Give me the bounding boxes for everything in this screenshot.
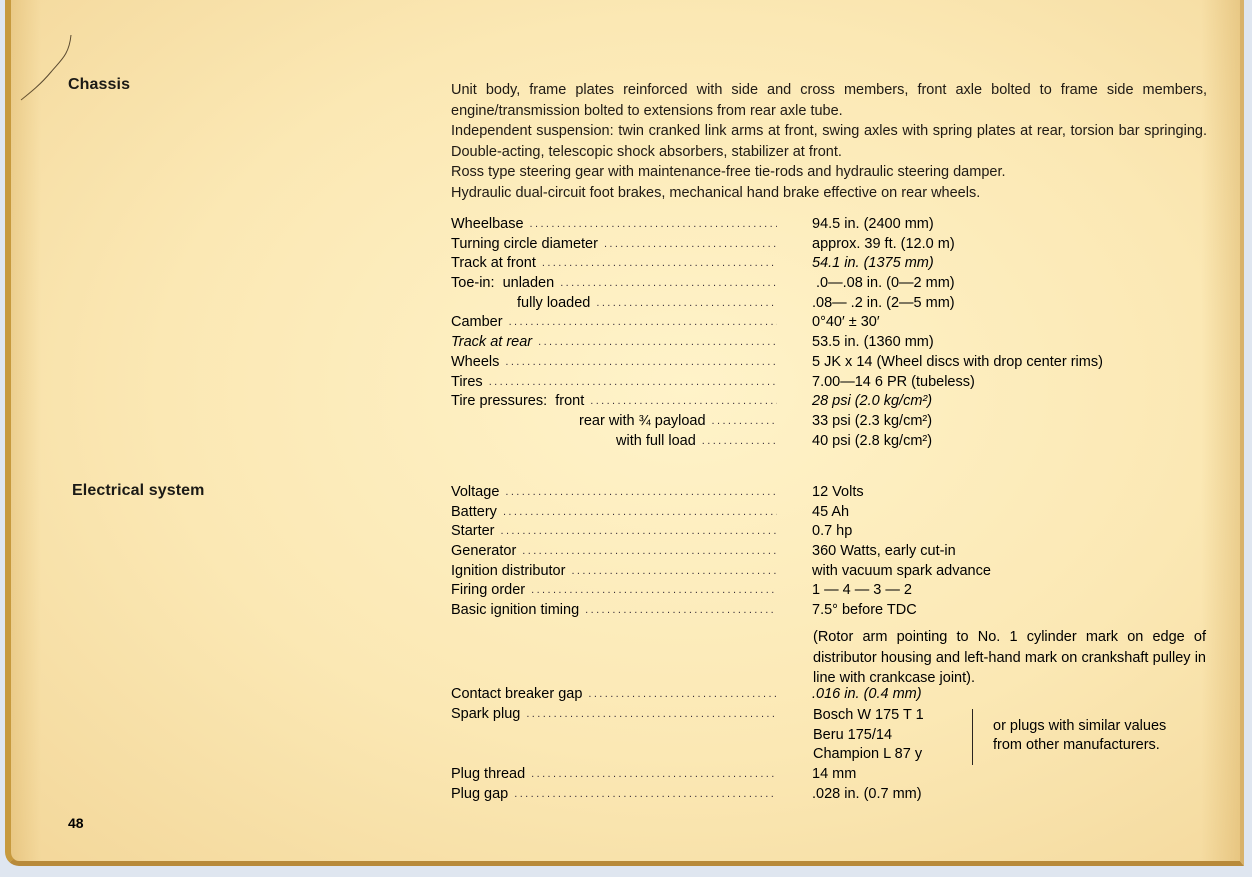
- dot-leader: [585, 601, 777, 621]
- dot-leader: [489, 373, 777, 393]
- spec-value: 7.5° before TDC: [812, 601, 917, 621]
- spec-row: fully loaded.08— .2 in. (2—5 mm): [451, 294, 1221, 314]
- spec-row: Tires7.00—14 6 PR (tubeless): [451, 373, 1221, 393]
- chassis-spec-table: Wheelbase94.5 in. (2400 mm) Turning circ…: [451, 215, 1221, 451]
- dot-leader: [509, 313, 777, 333]
- page-crease-mark: [11, 0, 81, 140]
- chassis-description: Unit body, frame plates reinforced with …: [451, 80, 1207, 203]
- spec-value: 0°40′ ± 30′: [812, 313, 880, 333]
- spec-label: Tires: [451, 373, 489, 393]
- electrical-spec-table: Voltage12 Volts Battery45 Ah Starter0.7 …: [451, 483, 1221, 621]
- spec-row: Ignition distributorwith vacuum spark ad…: [451, 562, 1221, 582]
- chassis-steering-text: Ross type steering gear with maintenance…: [451, 162, 1207, 183]
- dot-leader: [522, 542, 777, 562]
- spec-label: Camber: [451, 313, 509, 333]
- spec-value: 7.00—14 6 PR (tubeless): [812, 373, 975, 393]
- spec-row: Track at rear53.5 in. (1360 mm): [451, 333, 1221, 353]
- dot-leader: [501, 522, 777, 542]
- spec-row: Contact breaker gap.016 in. (0.4 mm): [451, 685, 1221, 705]
- spark-plug-item: Champion L 87 y: [813, 745, 924, 765]
- bracket-divider: [972, 709, 973, 765]
- dot-leader: [590, 392, 777, 412]
- dot-leader: [712, 412, 777, 432]
- dot-leader: [538, 333, 777, 353]
- spec-value: with vacuum spark advance: [812, 562, 991, 582]
- dot-leader: [531, 765, 777, 785]
- spec-value: 53.5 in. (1360 mm): [812, 333, 934, 353]
- chassis-brakes-text: Hydraulic dual-circuit foot brakes, mech…: [451, 183, 1207, 204]
- spec-value: .0—.08 in. (0—2 mm): [812, 274, 955, 294]
- spec-value: 12 Volts: [812, 483, 864, 503]
- spec-row: rear with ¾ payload33 psi (2.3 kg/cm²): [451, 412, 1221, 432]
- spec-label: Track at front: [451, 254, 542, 274]
- spec-row: Camber0°40′ ± 30′: [451, 313, 1221, 333]
- spec-row: Plug thread14 mm: [451, 765, 1221, 785]
- spec-label: Toe-in: unladen: [451, 274, 560, 294]
- spec-label: Spark plug: [451, 705, 526, 725]
- section-heading-chassis: Chassis: [68, 76, 130, 94]
- spec-row: Turning circle diameterapprox. 39 ft. (1…: [451, 235, 1221, 255]
- electrical-spec-table-3: Plug thread14 mm Plug gap.028 in. (0.7 m…: [451, 765, 1221, 804]
- ignition-timing-note: (Rotor arm pointing to No. 1 cylinder ma…: [813, 627, 1206, 689]
- chassis-suspension-text: Independent suspension: twin cranked lin…: [451, 121, 1207, 162]
- spec-label: Tire pressures: front: [451, 392, 590, 412]
- spec-row: Basic ignition timing7.5° before TDC: [451, 601, 1221, 621]
- spark-plug-item: Beru 175/14: [813, 726, 924, 746]
- spec-row: Generator360 Watts, early cut-in: [451, 542, 1221, 562]
- spec-label: Plug thread: [451, 765, 531, 785]
- spec-row: Voltage12 Volts: [451, 483, 1221, 503]
- dot-leader: [530, 215, 777, 235]
- dot-leader: [604, 235, 777, 255]
- spec-value: 33 psi (2.3 kg/cm²): [812, 412, 932, 432]
- spec-label: Firing order: [451, 581, 531, 601]
- spec-value: 40 psi (2.8 kg/cm²): [812, 432, 932, 452]
- spec-label: Starter: [451, 522, 501, 542]
- dot-leader: [588, 685, 777, 705]
- spec-label: Wheels: [451, 353, 505, 373]
- dot-leader: [531, 581, 777, 601]
- spark-plug-note-line: from other manufacturers.: [993, 736, 1166, 755]
- spec-row: Track at front54.1 in. (1375 mm): [451, 254, 1221, 274]
- dot-leader: [503, 503, 777, 523]
- spark-plug-list: Bosch W 175 T 1 Beru 175/14 Champion L 8…: [813, 706, 924, 765]
- spec-value: 28 psi (2.0 kg/cm²): [812, 392, 932, 412]
- spec-value: 1 — 4 — 3 — 2: [812, 581, 912, 601]
- dot-leader: [560, 274, 777, 294]
- spec-label: with full load: [451, 432, 702, 452]
- spec-value: 45 Ah: [812, 503, 849, 523]
- spec-label: Wheelbase: [451, 215, 530, 235]
- dot-leader: [542, 254, 777, 274]
- spec-label: Generator: [451, 542, 522, 562]
- spec-label: Plug gap: [451, 785, 514, 805]
- spec-row: Wheelbase94.5 in. (2400 mm): [451, 215, 1221, 235]
- spark-plug-note-line: or plugs with similar values: [993, 717, 1166, 736]
- spec-label: rear with ¾ payload: [451, 412, 712, 432]
- spec-value: 54.1 in. (1375 mm): [812, 254, 934, 274]
- spec-label: Contact breaker gap: [451, 685, 588, 705]
- spark-plug-item: Bosch W 175 T 1: [813, 706, 924, 726]
- spec-row: Plug gap.028 in. (0.7 mm): [451, 785, 1221, 805]
- spec-label: Turning circle diameter: [451, 235, 604, 255]
- spec-value: 14 mm: [812, 765, 856, 785]
- spec-label: Track at rear: [451, 333, 538, 353]
- spec-value: approx. 39 ft. (12.0 m): [812, 235, 955, 255]
- spec-value: 0.7 hp: [812, 522, 852, 542]
- spec-label: Battery: [451, 503, 503, 523]
- spec-value: .028 in. (0.7 mm): [812, 785, 922, 805]
- dot-leader: [702, 432, 777, 452]
- spec-row: with full load40 psi (2.8 kg/cm²): [451, 432, 1221, 452]
- dot-leader: [596, 294, 777, 314]
- spec-value: .08— .2 in. (2—5 mm): [812, 294, 955, 314]
- spark-plug-note: or plugs with similar values from other …: [993, 717, 1166, 755]
- spec-row: Toe-in: unladen .0—.08 in. (0—2 mm): [451, 274, 1221, 294]
- spec-row: Tire pressures: front28 psi (2.0 kg/cm²): [451, 392, 1221, 412]
- spec-value: 5 JK x 14 (Wheel discs with drop center …: [812, 353, 1103, 373]
- dot-leader: [505, 483, 777, 503]
- spec-row: Wheels5 JK x 14 (Wheel discs with drop c…: [451, 353, 1221, 373]
- spec-value: 360 Watts, early cut-in: [812, 542, 956, 562]
- section-heading-electrical: Electrical system: [72, 482, 204, 500]
- spec-label: Voltage: [451, 483, 505, 503]
- spec-row: Battery45 Ah: [451, 503, 1221, 523]
- dot-leader: [526, 705, 777, 725]
- spec-value: .016 in. (0.4 mm): [812, 685, 922, 705]
- dot-leader: [514, 785, 777, 805]
- spec-label: Ignition distributor: [451, 562, 571, 582]
- spec-value: 94.5 in. (2400 mm): [812, 215, 934, 235]
- spec-row: Starter0.7 hp: [451, 522, 1221, 542]
- spec-label: fully loaded: [451, 294, 596, 314]
- dot-leader: [505, 353, 777, 373]
- chassis-body-text: Unit body, frame plates reinforced with …: [451, 80, 1207, 121]
- dot-leader: [571, 562, 777, 582]
- spec-row: Firing order1 — 4 — 3 — 2: [451, 581, 1221, 601]
- spec-label: Basic ignition timing: [451, 601, 585, 621]
- page-number: 48: [68, 815, 84, 831]
